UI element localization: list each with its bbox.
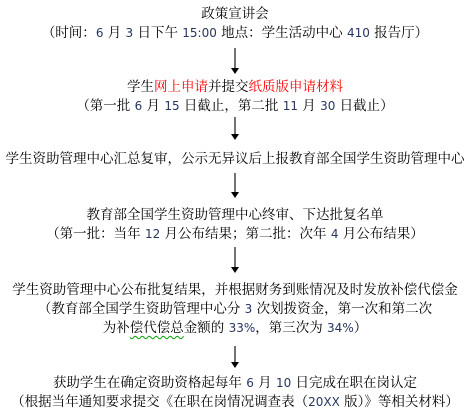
- arrow-head: [231, 68, 239, 74]
- arrow-shaft: [234, 48, 236, 68]
- text-segment-number: 20XX: [308, 395, 340, 409]
- text-segment: 获助学生在确定资助资格起每年: [53, 375, 246, 391]
- flow-step-annual-on-post-verification: 获助学生在确定资助资格起每年 6 月 10 日完成在职在岗认定 （根据当年通知要…: [0, 374, 470, 412]
- step-line: 学生资助管理中心汇总复审，公示无异议后上报教育部全国学生资助管理中心: [0, 150, 470, 169]
- text-segment: （第一批：当年: [46, 226, 145, 242]
- text-segment: 教育部全国学生资助管理中心终审、下达批复名单: [87, 207, 384, 223]
- arrow-head: [231, 362, 239, 368]
- flow-step-announce-results-disburse-funds: 学生资助管理中心公布批复结果，并根据财务到账情况及时发放补偿代偿金 （教育部全国…: [0, 281, 470, 338]
- text-segment: 版）》等相关材料）: [340, 394, 459, 410]
- text-segment: 月: [103, 25, 125, 41]
- text-segment: 日完成在职在岗认定: [291, 375, 417, 391]
- flow-step-policy-briefing: 政策宣讲会 （时间：6 月 3 日下午 15:00 地点：学生活动中心 410 …: [0, 5, 470, 43]
- text-segment: （根据当年通知要求提交《在职在岗情况调查表（: [11, 394, 308, 410]
- text-segment-number: 6: [246, 376, 254, 390]
- arrow-shaft: [234, 346, 236, 362]
- text-segment: ，第三次为: [255, 320, 327, 336]
- step-line: 政策宣讲会: [0, 5, 470, 24]
- arrow-head: [231, 134, 239, 140]
- text-segment: 报告厅）: [370, 25, 428, 41]
- arrow-head: [231, 267, 239, 273]
- text-segment-number: 15: [164, 99, 179, 113]
- step-line: 学生资助管理中心公布批复结果，并根据财务到账情况及时发放补偿代偿金: [0, 281, 470, 300]
- text-segment: 月公布结果）: [339, 226, 424, 242]
- text-segment-number: 34%: [327, 321, 354, 335]
- step-line: 获助学生在确定资助资格起每年 6 月 10 日完成在职在岗认定: [0, 374, 470, 393]
- flow-step-student-online-application: 学生网上申请并提交纸质版申请材料 （第一批 6 月 15 日截止，第二批 11 …: [0, 78, 470, 116]
- arrow-head: [231, 192, 239, 198]
- text-segment: 学生资助管理中心公布批复结果，并根据财务到账情况及时发放补偿代偿金: [12, 282, 458, 298]
- text-segment: 政策宣讲会: [201, 6, 269, 22]
- text-segment-number: 15:00: [182, 26, 217, 40]
- arrow-down-icon: [0, 117, 470, 140]
- flow-step-moe-final-review: 教育部全国学生资助管理中心终审、下达批复名单 （第一批：当年 12 月公布结果；…: [0, 206, 470, 244]
- text-segment: 日截止）: [335, 98, 393, 114]
- text-segment: 日下午: [133, 25, 182, 41]
- text-segment: ）: [354, 320, 368, 336]
- text-segment-number: 410: [347, 26, 370, 40]
- highlighted-text: 网上申请: [154, 79, 208, 95]
- step-line: （根据当年通知要求提交《在职在岗情况调查表（20XX 版）》等相关材料）: [0, 393, 470, 412]
- text-segment: 学生: [127, 79, 154, 95]
- text-segment-number: 12: [145, 227, 160, 241]
- arrow-down-icon: [0, 247, 470, 273]
- arrow-down-icon: [0, 346, 470, 368]
- text-segment: 并提交: [208, 79, 249, 95]
- step-line: （第一批 6 月 15 日截止，第二批 11 月 30 日截止）: [0, 97, 470, 116]
- text-segment: （时间：: [42, 25, 96, 41]
- text-segment-number: 33%: [229, 321, 256, 335]
- text-segment: 月: [142, 98, 164, 114]
- step-line: 学生网上申请并提交纸质版申请材料: [0, 78, 470, 97]
- arrow-down-icon: [0, 48, 470, 74]
- text-segment: 学生资助管理中心汇总复审，公示无异议后上报教育部全国学生资助管理中心: [6, 151, 465, 167]
- highlighted-text: 纸质版申请材料: [249, 79, 344, 95]
- text-segment: 次划拨资金，第一次和第二次: [252, 301, 432, 317]
- flowchart-page: 政策宣讲会 （时间：6 月 3 日下午 15:00 地点：学生活动中心 410 …: [0, 0, 470, 419]
- text-segment: （第一批: [76, 98, 134, 114]
- text-segment: 地点：学生活动中心: [217, 25, 347, 41]
- arrow-shaft: [234, 247, 236, 267]
- flow-step-center-review-publicity: 学生资助管理中心汇总复审，公示无异议后上报教育部全国学生资助管理中心: [0, 150, 470, 169]
- text-segment: 月: [298, 98, 320, 114]
- text-segment: （教育部全国学生资助管理中心分: [38, 301, 245, 317]
- step-line: （时间：6 月 3 日下午 15:00 地点：学生活动中心 410 报告厅）: [0, 24, 470, 43]
- text-segment: 金额的: [184, 320, 229, 336]
- text-segment: 日截止，第二批: [180, 98, 283, 114]
- text-segment: 为补: [103, 320, 130, 336]
- text-segment-number: 30: [320, 99, 335, 113]
- text-segment: 月: [254, 375, 276, 391]
- text-segment-number: 11: [283, 99, 298, 113]
- step-line: （教育部全国学生资助管理中心分 3 次划拨资金，第一次和第二次: [0, 300, 470, 319]
- text-segment-number: 4: [331, 227, 339, 241]
- text-segment: 月公布结果；第二批：次年: [160, 226, 331, 242]
- step-line: 为补偿代偿总金额的 33%，第三次为 34%）: [0, 319, 470, 338]
- arrow-shaft: [234, 173, 236, 192]
- arrow-down-icon: [0, 173, 470, 198]
- step-line: 教育部全国学生资助管理中心终审、下达批复名单: [0, 206, 470, 225]
- step-line: （第一批：当年 12 月公布结果；第二批：次年 4 月公布结果）: [0, 225, 470, 244]
- misspelled-text: 偿代偿总: [130, 320, 184, 336]
- text-segment-number: 10: [276, 376, 291, 390]
- arrow-shaft: [234, 117, 236, 134]
